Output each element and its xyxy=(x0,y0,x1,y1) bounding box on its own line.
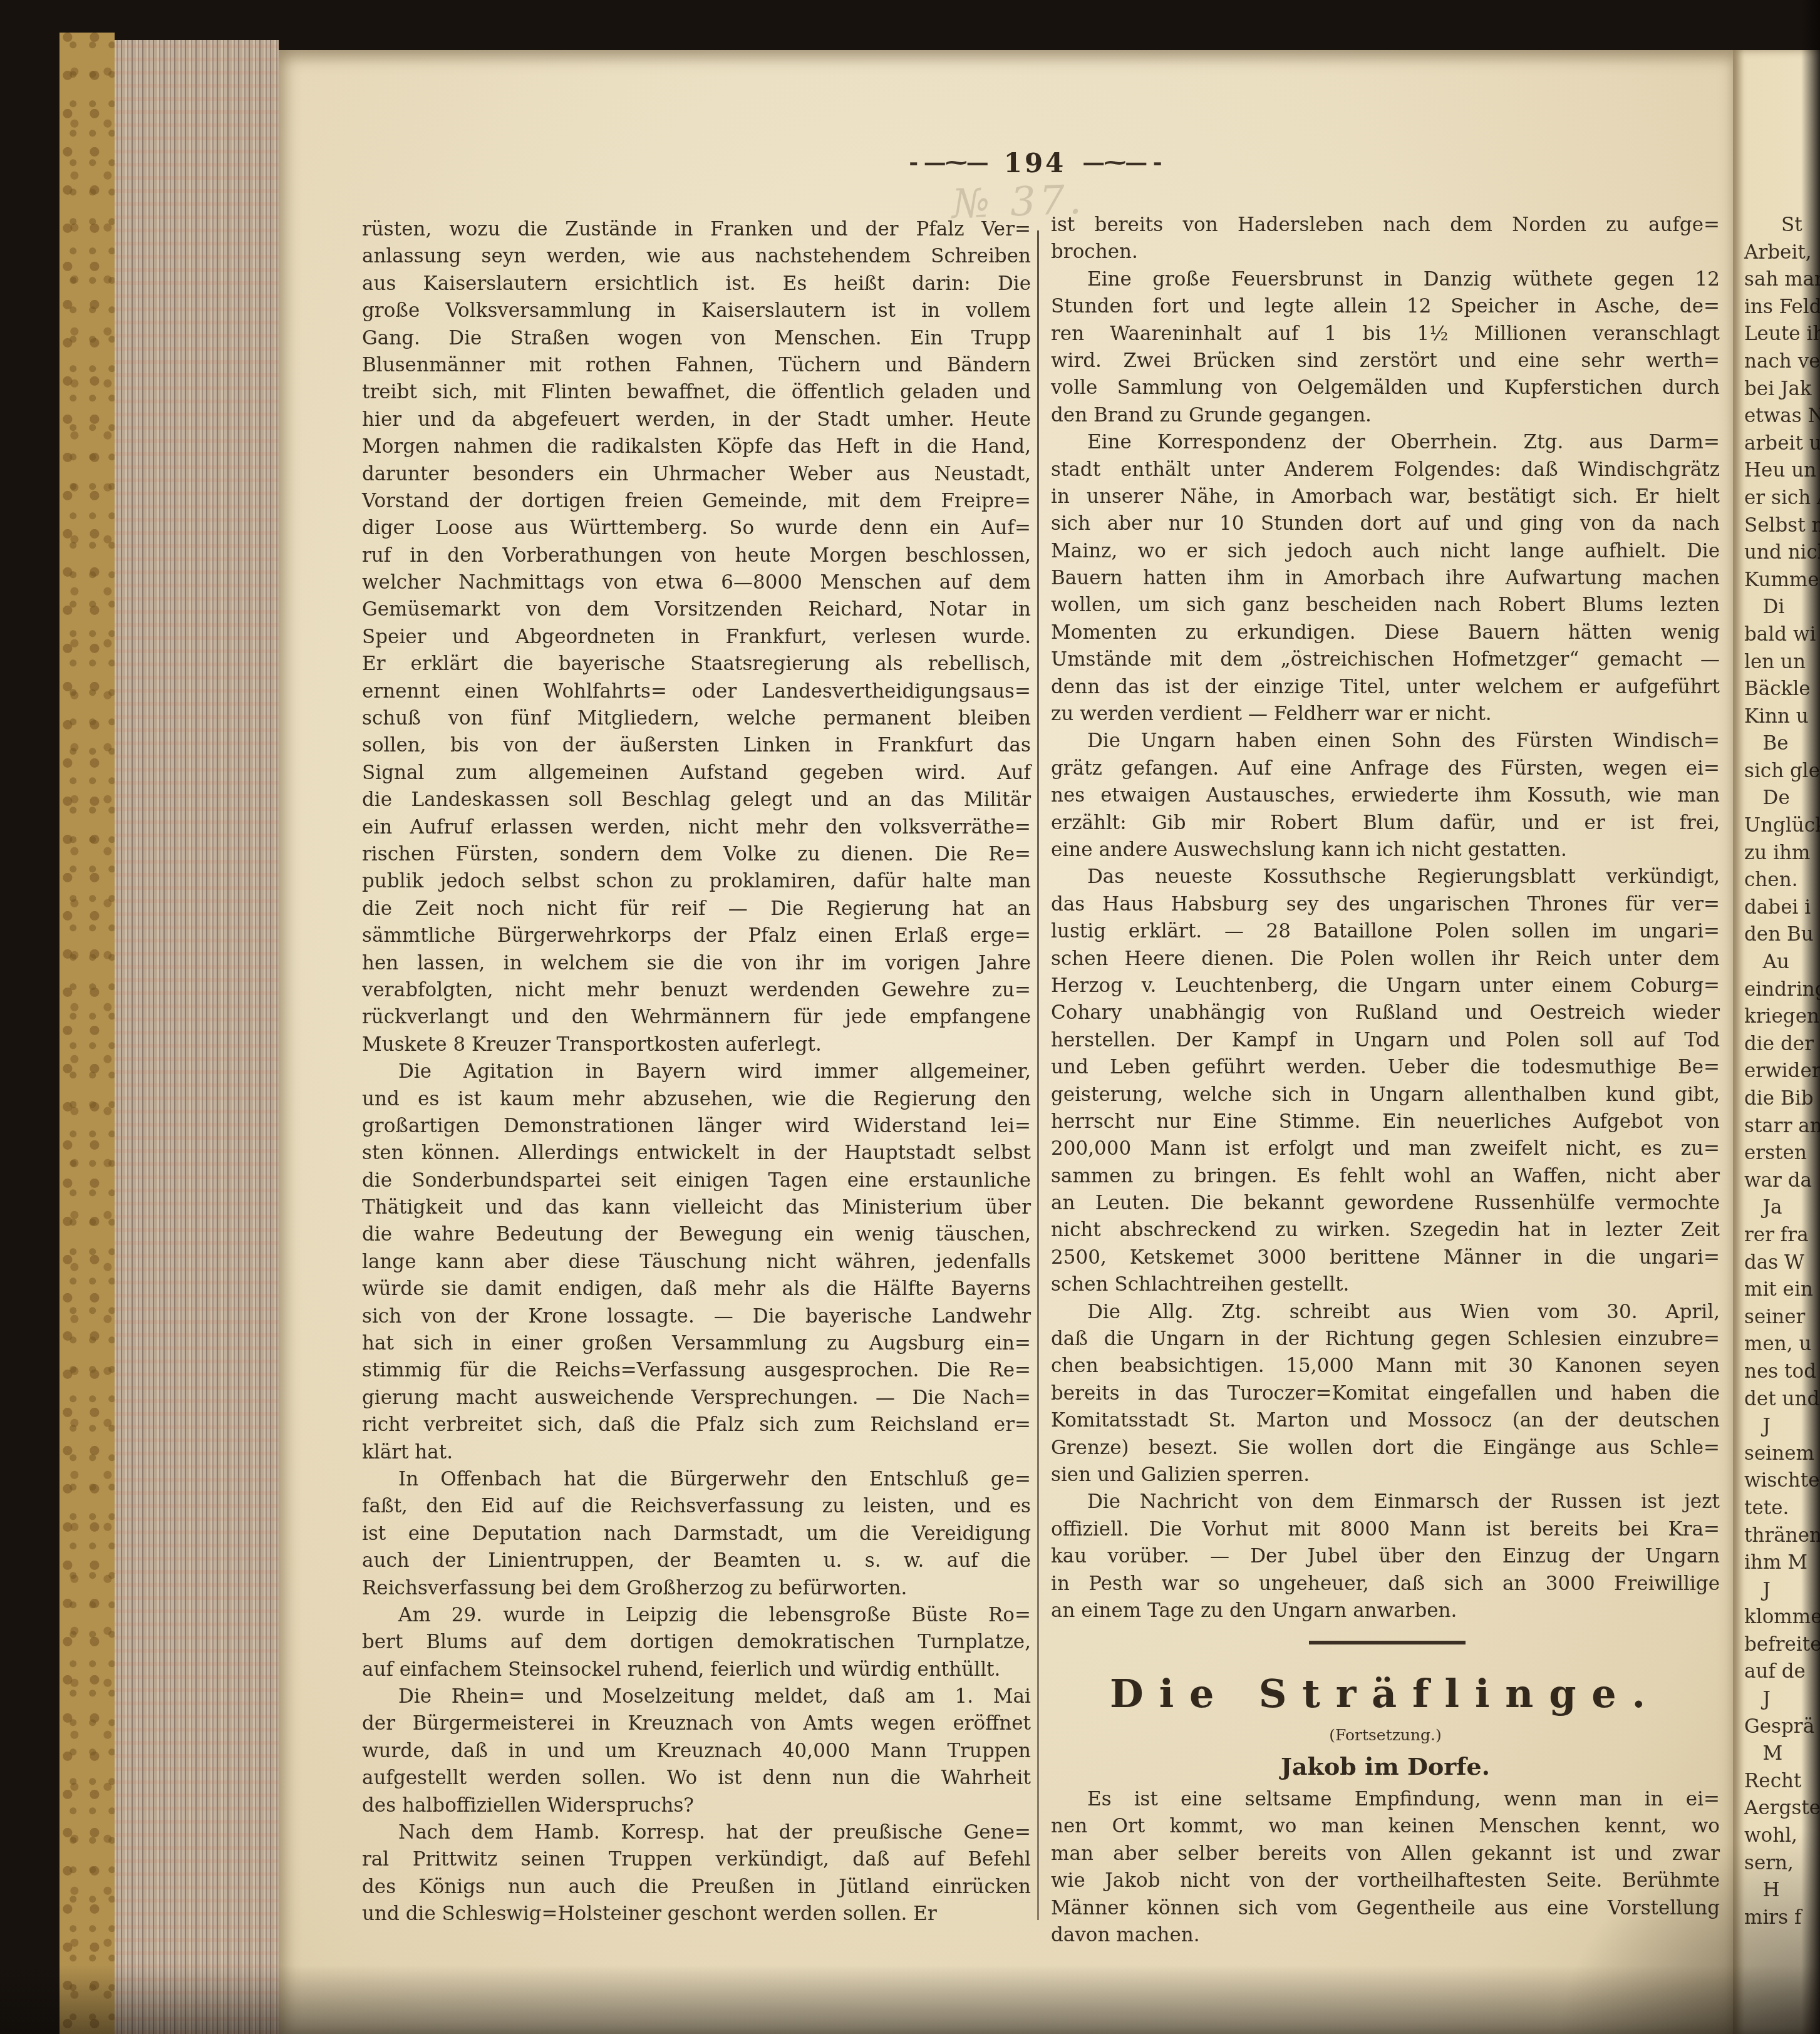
text-line: darunter besonders ein Uhrmacher Weber a… xyxy=(362,461,1031,488)
text-line: herrscht nur Eine Stimme. Ein neuerliche… xyxy=(1051,1108,1720,1135)
story-subtitle: (Fortsetzung.) xyxy=(1051,1726,1720,1744)
text-line: grätz gefangen. Auf eine Anfrage des Für… xyxy=(1051,755,1720,782)
text-line: Mainz, wo er sich jedoch auch nicht lang… xyxy=(1051,538,1720,565)
text-line: Morgen nahmen die radikalsten Köpfe das … xyxy=(362,433,1031,460)
text-line: schen Schlachtreihen gestellt. xyxy=(1051,1271,1720,1298)
text-line: daß die Ungarn in der Richtung gegen Sch… xyxy=(1051,1326,1720,1353)
text-line: erzählt: Gib mir Robert Blum dafür, und … xyxy=(1051,810,1720,837)
header-ornament-left: - —⁓— xyxy=(892,149,1003,175)
text-line: eine andere Auswechslung kann ich nicht … xyxy=(1051,837,1720,864)
text-line: Muskete 8 Kreuzer Transportkosten auferl… xyxy=(362,1031,1031,1058)
text-line: Stunden fort und legte allein 12 Speiche… xyxy=(1051,293,1720,320)
text-line: nicht abschreckend zu wirken. Szegedin h… xyxy=(1051,1217,1720,1244)
text-line: offiziell. Die Vorhut mit 8000 Mann ist … xyxy=(1051,1516,1720,1543)
text-line: herstellen. Der Kampf in Ungarn und Pole… xyxy=(1051,1027,1720,1054)
text-line: 2500, Ketskemet 3000 berittene Männer in… xyxy=(1051,1244,1720,1271)
text-line: In Offenbach hat die Bürgerwehr den Ents… xyxy=(362,1466,1031,1493)
text-line: klärt hat. xyxy=(362,1439,1031,1466)
photo-corner-shadow xyxy=(1557,1827,1820,2034)
text-line: großartigen Demonstrationen länger wird … xyxy=(362,1113,1031,1140)
text-line: faßt, den Eid auf die Reichsverfassung z… xyxy=(362,1493,1031,1520)
text-line: sämmtliche Bürgerwehrkorps der Pfalz ein… xyxy=(362,922,1031,949)
text-line: bereits in das Turoczer=Komitat eingefal… xyxy=(1051,1380,1720,1407)
text-line: zu werden verdient — Feldherr war er nic… xyxy=(1051,701,1720,728)
text-line: wird. Zwei Brücken sind zerstört und ein… xyxy=(1051,348,1720,374)
text-line: schen Heere dienen. Die Polen wollen ihr… xyxy=(1051,946,1720,973)
text-line: rückverlangt und den Wehrmännern für jed… xyxy=(362,1004,1031,1031)
text-line: auch der Linientruppen, der Beamten u. s… xyxy=(362,1547,1031,1574)
text-line: treibt sich, mit Flinten bewaffnet, die … xyxy=(362,379,1031,406)
text-line: gierung macht ausweichende Versprechunge… xyxy=(362,1385,1031,1412)
text-line: an Leuten. Die bekannt gewordene Russenh… xyxy=(1051,1190,1720,1217)
text-line: Gemüsemarkt von dem Vorsitzenden Reichar… xyxy=(362,596,1031,623)
text-line: die Landeskassen soll Beschlag gelegt un… xyxy=(362,787,1031,813)
text-line: verabfolgten, nicht mehr benuzt werdende… xyxy=(362,977,1031,1004)
photo-right-shadow xyxy=(1801,0,1820,2034)
text-line: sten können. Allerdings entwickelt in de… xyxy=(362,1140,1031,1167)
text-line: Herzog v. Leuchtenberg, die Ungarn unter… xyxy=(1051,973,1720,999)
text-line: Eine große Feuersbrunst in Danzig wüthet… xyxy=(1051,266,1720,293)
text-line: Momenten zu erkundigen. Diese Bauern hät… xyxy=(1051,619,1720,646)
text-line: schuß von fünf Mitgliedern, welche perma… xyxy=(362,705,1031,732)
text-line: in Pesth war so ungeheuer, daß sich an 3… xyxy=(1051,1571,1720,1598)
text-line: kau vorüber. — Der Jubel über den Einzug… xyxy=(1051,1543,1720,1570)
text-line: rüsten, wozu die Zustände in Franken und… xyxy=(362,216,1031,243)
text-line: sollen, bis von der äußersten Linken in … xyxy=(362,732,1031,759)
text-line: aufgestellt werden sollen. Wo ist denn n… xyxy=(362,1765,1031,1792)
text-line: geisterung, welche sich in Ungarn allent… xyxy=(1051,1082,1720,1108)
text-line: Die Allg. Ztg. schreibt aus Wien vom 30.… xyxy=(1051,1299,1720,1326)
text-line: lustig erklärt. — 28 Bataillone Polen so… xyxy=(1051,918,1720,945)
text-line: des halboffiziellen Widerspruchs? xyxy=(362,1792,1031,1819)
story-chapter-heading: Jakob im Dorfe. xyxy=(1051,1752,1720,1780)
page-header: - —⁓—194—⁓— - xyxy=(351,148,1719,178)
text-line: Die Nachricht von dem Einmarsch der Russ… xyxy=(1051,1489,1720,1515)
text-line: publik jedoch selbst schon zu proklamire… xyxy=(362,868,1031,895)
text-line: große Volksversammlung in Kaiserslautern… xyxy=(362,297,1031,324)
text-line: Die Ungarn haben einen Sohn des Fürsten … xyxy=(1051,728,1720,755)
text-line: wurde, daß in und um Kreuznach 40,000 Ma… xyxy=(362,1738,1031,1765)
photo-bottom-shadow xyxy=(0,1965,1820,2034)
page-number: 194 xyxy=(1004,148,1067,178)
text-line: sien und Galizien sperren. xyxy=(1051,1462,1720,1489)
text-line: Vorstand der dortigen freien Gemeinde, m… xyxy=(362,488,1031,515)
text-line: bert Blums auf dem dortigen demokratisch… xyxy=(362,1629,1031,1656)
text-line: Signal zum allgemeinen Aufstand gegeben … xyxy=(362,760,1031,787)
text-line: an einem Tage zu den Ungarn anwarben. xyxy=(1051,1598,1720,1624)
text-line: Es ist eine seltsame Empfindung, wenn ma… xyxy=(1051,1786,1720,1813)
text-line: ein Aufruf erlassen werden, nicht mehr d… xyxy=(362,814,1031,841)
text-line: die Sonderbundspartei seit einigen Tagen… xyxy=(362,1167,1031,1194)
section-divider-rule xyxy=(1309,1641,1466,1644)
text-line: den Brand zu Grunde gegangen. xyxy=(1051,402,1720,429)
right-column: ist bereits von Hadersleben nach dem Nor… xyxy=(1051,212,1720,1624)
text-line: der Bürgermeisterei in Kreuznach von Amt… xyxy=(362,1710,1031,1737)
text-line: welcher Nachmittags von etwa 6—8000 Mens… xyxy=(362,569,1031,596)
book-cover-edge xyxy=(59,33,115,2034)
text-line: das Haus Habsburg sey des ungarischen Th… xyxy=(1051,891,1720,918)
text-line: volle Sammlung von Oelgemälden und Kupfe… xyxy=(1051,374,1720,401)
text-line: 200,000 Mann ist erfolgt und man zweifel… xyxy=(1051,1135,1720,1162)
text-line: chen beabsichtigen. 15,000 Mann mit 30 K… xyxy=(1051,1353,1720,1380)
text-line: Die Rhein= und Moselzeitung meldet, daß … xyxy=(362,1683,1031,1710)
text-line: und es ist kaum mehr abzusehen, wie die … xyxy=(362,1086,1031,1113)
text-line: ruf in den Vorberathungen von heute Morg… xyxy=(362,542,1031,569)
text-line: nes etwaigen Austausches, erwiederte ihm… xyxy=(1051,782,1720,809)
text-line: hat sich in einer großen Versammlung zu … xyxy=(362,1330,1031,1357)
text-line: Nach dem Hamb. Korresp. hat der preußisc… xyxy=(362,1819,1031,1846)
text-line: hier und da abgefeuert werden, in der St… xyxy=(362,406,1031,433)
text-line: Speier und Abgeordneten in Frankfurt, ve… xyxy=(362,624,1031,651)
text-line: sammen zu bringen. Es fehlt wohl an Waff… xyxy=(1051,1163,1720,1190)
text-line: rischen Fürsten, sondern dem Volke zu di… xyxy=(362,841,1031,868)
column-divider-rule xyxy=(1037,230,1039,1920)
text-line: richt verbreitet sich, daß die Pfalz sic… xyxy=(362,1412,1031,1438)
text-line: Bauern hatten ihm in Amorbach ihre Aufwa… xyxy=(1051,565,1720,592)
scanned-book-photo: № 37. - —⁓—194—⁓— - rüsten, wozu die Zus… xyxy=(0,0,1820,2034)
text-line: brochen. xyxy=(1051,239,1720,266)
text-line: Blusenmänner mit rothen Fahnen, Tüchern … xyxy=(362,352,1031,379)
text-line: denn das ist der einzige Titel, unter we… xyxy=(1051,674,1720,701)
text-line: Er erklärt die bayerische Staatsregierun… xyxy=(362,651,1031,678)
text-line: Gang. Die Straßen wogen von Menschen. Ei… xyxy=(362,325,1031,352)
text-line: die wahre Bedeutung der Bewegung ein wen… xyxy=(362,1221,1031,1248)
text-line: und die Schleswig=Holsteiner geschont we… xyxy=(362,1901,1031,1928)
text-line: ist bereits von Hadersleben nach dem Nor… xyxy=(1051,212,1720,239)
text-line: Eine Korrespondenz der Oberrhein. Ztg. a… xyxy=(1051,429,1720,456)
text-line: lange kann aber diese Täuschung nicht wä… xyxy=(362,1249,1031,1276)
text-line: ernennt einen Wohlfahrts= oder Landesver… xyxy=(362,678,1031,705)
text-line: stadt enthält unter Anderem Folgendes: d… xyxy=(1051,457,1720,483)
header-ornament-right: —⁓— - xyxy=(1066,149,1177,175)
text-line: hen lassen, in welchem sie die von ihr i… xyxy=(362,950,1031,977)
text-line: und Leben geführt werden. Ueber die tode… xyxy=(1051,1054,1720,1081)
left-column: rüsten, wozu die Zustände in Franken und… xyxy=(362,216,1031,1928)
text-line: Reichsverfassung bei dem Großherzog zu b… xyxy=(362,1575,1031,1602)
text-line: Thätigkeit und das kann vielleicht das M… xyxy=(362,1194,1031,1221)
text-line: aus Kaiserslautern ersichtlich ist. Es h… xyxy=(362,271,1031,297)
text-line: anlassung seyn werden, wie aus nachstehe… xyxy=(362,243,1031,270)
text-line: Komitatsstadt St. Marton und Mossocz (an… xyxy=(1051,1407,1720,1434)
text-line: Cohary unabhängig von Rußland und Oestre… xyxy=(1051,999,1720,1026)
text-line: Das neueste Kossuthsche Regierungsblatt … xyxy=(1051,864,1720,891)
text-line: würde sie damit endigen, daß mehr als di… xyxy=(362,1276,1031,1303)
text-line: die Zeit noch nicht für reif — Die Regie… xyxy=(362,896,1031,922)
text-line: ren Waareninhalt auf 1 bis 1½ Millionen … xyxy=(1051,321,1720,348)
text-line: auf einfachem Steinsockel ruhend, feierl… xyxy=(362,1656,1031,1683)
text-line: Die Agitation in Bayern wird immer allge… xyxy=(362,1058,1031,1085)
page-stack-fore-edge xyxy=(115,40,279,2034)
text-line: stimmig für die Reichs=Verfassung ausges… xyxy=(362,1357,1031,1384)
text-line: Grenze) besezt. Sie wollen dort die Eing… xyxy=(1051,1435,1720,1462)
text-line: ral Prittwitz seinen Truppen verkündigt,… xyxy=(362,1846,1031,1873)
text-line: des Königs nun auch die Preußen in Jütla… xyxy=(362,1874,1031,1901)
text-line: sich von der Krone lossagte. — Die bayer… xyxy=(362,1303,1031,1330)
text-line: diger Loose aus Württemberg. So wurde de… xyxy=(362,515,1031,542)
text-line: sich aber nur 10 Stunden dort auf und gi… xyxy=(1051,510,1720,537)
text-line: in unserer Nähe, in Amorbach war, bestät… xyxy=(1051,483,1720,510)
story-title: Die Sträflinge. xyxy=(1051,1671,1720,1717)
text-line: ist eine Deputation nach Darmstadt, um d… xyxy=(362,1520,1031,1547)
text-line: Umstände mit dem „östreichischen Hofmetz… xyxy=(1051,646,1720,673)
text-line: wollen, um sich ganz bescheiden nach Rob… xyxy=(1051,592,1720,619)
text-line: Am 29. wurde in Leipzig die lebensgroße … xyxy=(362,1602,1031,1629)
